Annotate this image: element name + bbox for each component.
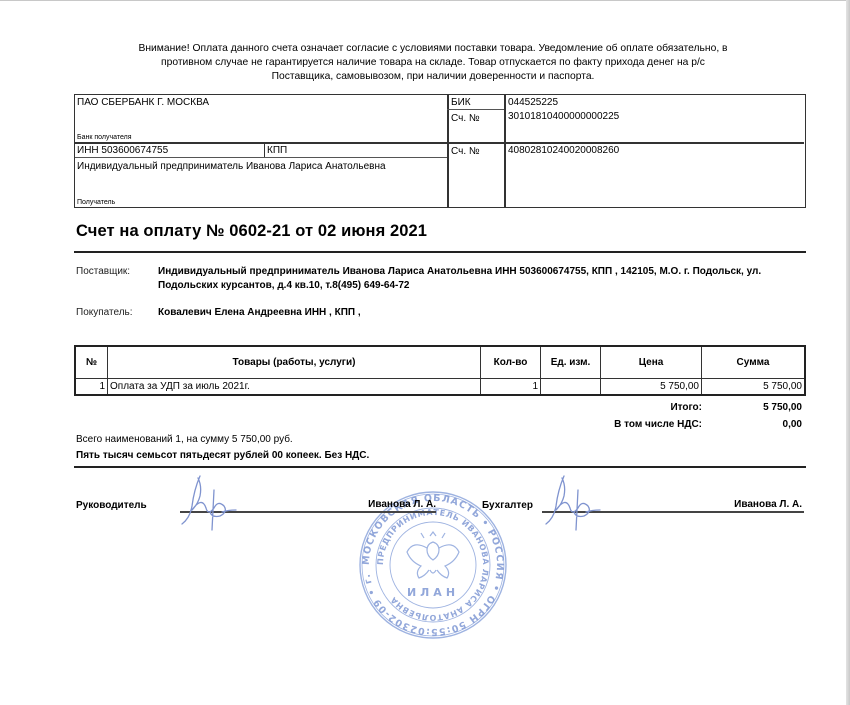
supplier-value: Индивидуальный предприниматель Иванова Л… (158, 265, 798, 293)
row-goods: Оплата за УДП за июль 2021г. (108, 379, 481, 396)
amount-in-words: Пять тысяч семьсот пятьдесят рублей 00 к… (76, 450, 369, 461)
accountant-label: Бухгалтер (482, 500, 533, 511)
director-label: Руководитель (76, 500, 147, 511)
accountant-name: Иванова Л. А. (660, 499, 802, 510)
payment-notice: Внимание! Оплата данного счета означает … (130, 42, 736, 84)
invoice-page: Внимание! Оплата данного счета означает … (0, 0, 850, 705)
title-divider (74, 251, 806, 253)
recipient-label: Получатель (75, 199, 115, 207)
vat-value: 0,00 (720, 419, 802, 430)
svg-text:ПРЕДПРИНИМАТЕЛЬ ИВАНОВА ЛАРИСА: ПРЕДПРИНИМАТЕЛЬ ИВАНОВА ЛАРИСА АНАТОЛЬЕВ… (376, 508, 490, 622)
row-number: 1 (75, 379, 108, 396)
vat-label: В том числе НДС: (560, 419, 702, 430)
page-top-border (0, 0, 850, 1)
bank-label: Банк получателя (75, 134, 132, 142)
col-price: Цена (601, 346, 702, 379)
col-number: № (75, 346, 108, 379)
accountant-signature (542, 472, 612, 532)
row-sum: 5 750,00 (702, 379, 806, 396)
corr-account-value: 30101810400000000225 (506, 110, 619, 123)
director-name: Иванова Л. А. (300, 499, 436, 510)
invoice-title: Счет на оплату № 0602-21 от 02 июня 2021 (76, 222, 427, 241)
col-sum: Сумма (702, 346, 806, 379)
company-stamp: МОСКОВСКАЯ ОБЛАСТЬ • РОССИЯ • ОГРН 50:55… (358, 490, 508, 640)
buyer-label: Покупатель: (76, 307, 133, 318)
table-row: 1 Оплата за УДП за июль 2021г. 1 5 750,0… (75, 379, 805, 396)
supplier-label: Поставщик: (76, 266, 130, 277)
stamp-center-text: ИЛАН (407, 586, 459, 599)
kpp-label: КПП (265, 144, 287, 157)
corr-account-label: Сч. № (449, 112, 480, 125)
items-table: № Товары (работы, услуги) Кол-во Ед. изм… (74, 345, 806, 396)
items-header-row: № Товары (работы, услуги) Кол-во Ед. изм… (75, 346, 805, 379)
bik-value: 044525225 (506, 96, 558, 109)
page-right-shadow (846, 0, 850, 705)
total-value: 5 750,00 (720, 402, 802, 413)
col-qty: Кол-во (481, 346, 541, 379)
row-qty: 1 (481, 379, 541, 396)
row-unit (541, 379, 601, 396)
inn-value: ИНН 503600674755 (75, 144, 168, 157)
total-label: Итого: (560, 402, 702, 413)
account-value: 40802810240020008260 (506, 144, 619, 157)
col-unit: Ед. изм. (541, 346, 601, 379)
bank-details-table: ПАО СБЕРБАНК Г. МОСКВА Банк получателя Б… (74, 94, 806, 208)
bik-label: БИК (449, 96, 471, 109)
account-label: Сч. № (449, 145, 480, 158)
bank-name: ПАО СБЕРБАНК Г. МОСКВА (75, 96, 447, 109)
summary-divider (74, 466, 806, 468)
col-goods: Товары (работы, услуги) (108, 346, 481, 379)
recipient-name: Индивидуальный предприниматель Иванова Л… (75, 160, 447, 173)
items-summary: Всего наименований 1, на сумму 5 750,00 … (76, 434, 293, 445)
row-price: 5 750,00 (601, 379, 702, 396)
eagle-emblem-icon (407, 532, 459, 578)
buyer-value: Ковалевич Елена Андреевна ИНН , КПП , (158, 306, 798, 320)
director-signature (178, 472, 248, 532)
